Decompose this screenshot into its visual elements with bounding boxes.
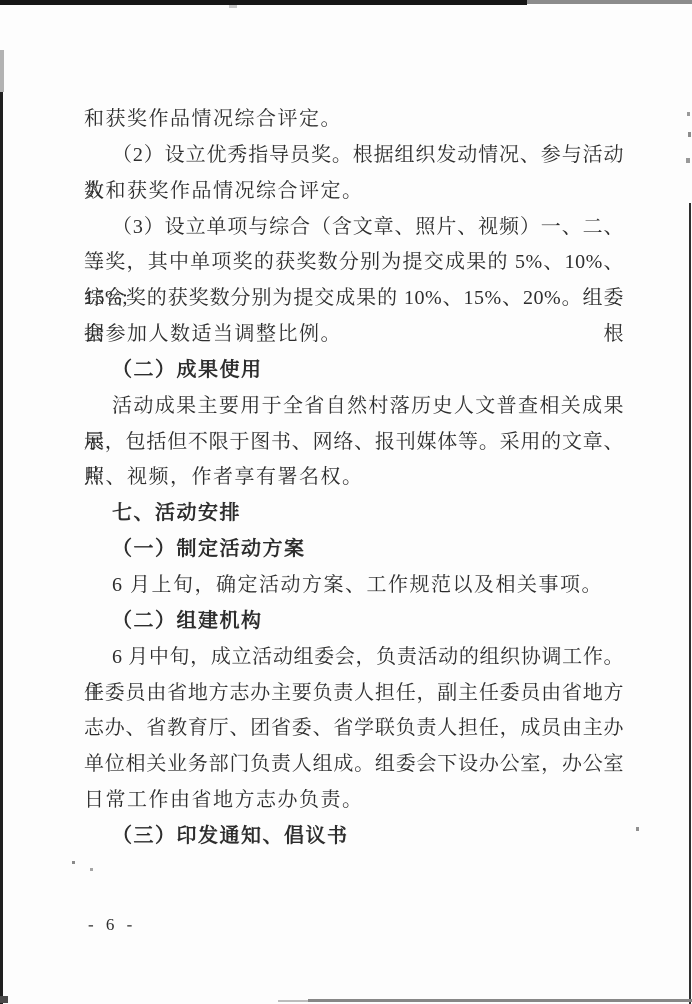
heading-notice-issuance: （三）印发通知、倡议书 [84,819,624,855]
paragraph-line: 6 月中旬，成立活动组委会，负责活动的组织协调工作。主 [84,640,624,676]
scan-speck [636,827,639,831]
document-body: 和获奖作品情况综合评定。 （2）设立优秀指导员奖。根据组织发动情况、参与活动人 … [84,102,624,855]
paragraph-line: （3）设立单项与综合（含文章、照片、视频）一、二、三 [84,210,624,246]
scan-speck [688,132,691,137]
paragraph-line: 和获奖作品情况综合评定。 [84,102,624,138]
page-number: - 6 - [88,915,136,935]
heading-plan-formulation: （一）制定活动方案 [84,532,624,568]
heading-org-setup: （二）组建机构 [84,604,624,640]
scanned-document-page: 和获奖作品情况综合评定。 （2）设立优秀指导员奖。根据组织发动情况、参与活动人 … [0,0,692,1004]
scan-artifact-left-edge-line [0,92,3,1004]
scan-artifact-top-bar-gray [527,0,692,4]
scan-artifact-right-edge-line [689,203,691,1004]
paragraph-line: 等奖，其中单项奖的获奖数分别为提交成果的 5%、10%、15%; [84,245,624,281]
paragraph-line: （2）设立优秀指导员奖。根据组织发动情况、参与活动人 [84,138,624,174]
scan-artifact-bottom-line-faint [278,1000,308,1002]
paragraph-line: 示，包括但不限于图书、网络、报刊媒体等。采用的文章、照 [84,425,624,461]
paragraph-line: 片、视频，作者享有署名权。 [84,460,624,496]
heading-results-usage: （二）成果使用 [84,353,624,389]
scan-speck [72,861,75,864]
paragraph-line: 单位相关业务部门负责人组成。组委会下设办公室，办公室 [84,747,624,783]
paragraph-line: 日常工作由省地方志办负责。 [84,783,624,819]
paragraph-line: 活动成果主要用于全省自然村落历史人文普查相关成果展 [84,389,624,425]
scan-artifact-left-strip-gray [0,50,4,92]
paragraph-line: 综合奖的获奖数分别为提交成果的 10%、15%、20%。组委会根 [84,281,624,317]
scan-artifact-top-bar-dark [0,0,527,5]
scan-artifact-bottom-left-mark [0,996,8,1003]
paragraph-line: 数和获奖作品情况综合评定。 [84,174,624,210]
paragraph-line: 任委员由省地方志办主要负责人担任，副主任委员由省地方 [84,676,624,712]
scan-artifact-bottom-line [308,999,692,1002]
paragraph-line: 6 月上旬，确定活动方案、工作规范以及相关事项。 [84,568,624,604]
scan-speck [687,112,690,116]
scan-speck [229,5,237,8]
paragraph-line: 志办、省教育厅、团省委、省学联负责人担任，成员由主办 [84,711,624,747]
scan-speck [90,868,93,871]
scan-speck [686,158,690,163]
heading-activity-arrangement: 七、活动安排 [84,496,624,532]
